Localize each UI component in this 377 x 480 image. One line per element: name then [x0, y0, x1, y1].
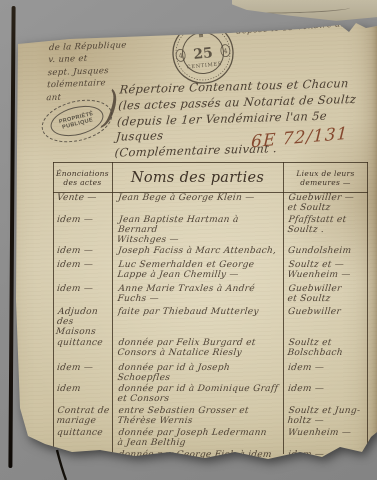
table-row: idem — Anne Marie Traxles à André Fuchs … [53, 283, 368, 306]
cell-lieux: Guebwiller — et Soultz [279, 192, 369, 213]
cell-acte: idem [52, 383, 111, 394]
table-row: quittance donnée par Joseph Ledermann à … [53, 427, 368, 449]
cell-lieux: idem — [280, 362, 369, 373]
cell-lieux: Guebwiller [280, 306, 369, 317]
table-row: idem — donnée par George Fieb à idem — i… [53, 449, 368, 470]
cell-acte: idem — [52, 470, 111, 480]
table-row: Vente — Jean Bege à George Klein — Guebw… [53, 192, 368, 214]
table-row: idem donnée par id à Dominique Graff et … [53, 383, 368, 405]
cell-parties: Luc Semerhalden et George Lappe à Jean C… [110, 259, 281, 280]
table-header: Énonciations des actes Noms des parties … [53, 163, 368, 192]
stamp-crown-icon: ♛ [197, 30, 206, 41]
cell-acte: idem — [52, 449, 111, 460]
cell-lieux: Wuenheim — [280, 427, 369, 438]
cell-lieux: Guebwiller et Soultz [279, 283, 369, 304]
stamp-value: 25 [193, 45, 214, 63]
table-row: idem — Joseph Faciss à Marc Attenbach, G… [53, 245, 368, 259]
cell-parties: Jean Baptiste Hartman à Bernard Witschge… [110, 214, 282, 245]
table-body: Vente — Jean Bege à George Klein — Guebw… [53, 192, 368, 480]
cell-parties: donnée par id à Joseph Schoepfles [110, 362, 281, 383]
table-row: Adjudon des Maisons faite par Thiebaud M… [53, 306, 368, 337]
table-row: idem — Luc Semerhalden et George Lappe à… [53, 259, 368, 283]
cell-acte: idem — [52, 245, 111, 256]
svg-text:4: 4 [178, 52, 183, 60]
paper-sheet: le 1er Vendémiaire de la République v. u… [0, 0, 377, 480]
cell-parties: donnée par Jean Fieb à idem [111, 470, 281, 480]
cell-parties: faite par Thiebaud Mutterley [111, 306, 281, 317]
document-page: le 1er Vendémiaire de la République v. u… [0, 0, 377, 480]
cell-lieux: idem — [280, 449, 369, 460]
cell-lieux: Gundolsheim [280, 245, 369, 256]
cell-acte: Vente — [52, 192, 111, 203]
document-title: Répertoire Contenant tous et Chacun (les… [114, 75, 376, 161]
header-parties: Noms des parties [112, 163, 283, 192]
cell-parties: Anne Marie Traxles à André Fuchs — [110, 283, 281, 304]
cell-lieux: idem [280, 470, 369, 480]
cell-acte: idem — [52, 283, 111, 294]
cell-parties: donnée par George Fieb à idem — [110, 449, 281, 470]
cell-acte: idem — [52, 362, 111, 373]
cell-lieux: Pfaffstatt et Soultz . [279, 214, 369, 235]
cell-acte: Adjudon des Maisons [51, 306, 113, 337]
cell-lieux: Soultz et Jung- holtz — [279, 405, 369, 426]
cell-acte: quittance [52, 427, 111, 438]
cell-parties: entre Sebastien Grosser et Thérèse Werni… [110, 405, 281, 426]
scan-background: le 1er Vendémiaire de la République v. u… [0, 0, 377, 480]
cell-lieux: Soultz et — Wuenheim — [279, 259, 369, 280]
header-lieux: Lieux de leurs demeures — [283, 163, 368, 192]
table-row: idem — donnée par Jean Fieb à idem idem [53, 470, 368, 480]
table-row: Contrat de mariage entre Sebastien Gross… [53, 405, 368, 427]
table-row: idem — donnée par id à Joseph Schoepfles… [53, 362, 368, 383]
cell-parties: donnée par id à Dominique Graff et Conso… [110, 383, 281, 404]
register-table: Énonciations des actes Noms des parties … [53, 162, 368, 454]
cell-parties: Jean Bege à George Klein — [111, 192, 281, 203]
svg-text:4: 4 [223, 47, 228, 55]
cell-acte: Contrat de mariage [52, 405, 112, 426]
cell-parties: donnée par Felix Burgard et Consors à Na… [110, 337, 281, 358]
cell-acte: idem — [52, 259, 111, 270]
table-row: idem — Jean Baptiste Hartman à Bernard W… [53, 214, 368, 245]
cell-acte: quittance [52, 337, 111, 348]
cell-acte: idem — [52, 214, 111, 225]
stamp-unit: CENTIMES [187, 61, 223, 71]
revenue-stamp-25-centimes: ♛ 4 4 25 CENTIMES [168, 18, 238, 88]
cell-parties: donnée par Joseph Ledermann à Jean Belth… [110, 427, 281, 448]
cell-lieux: Soultz et Bolschbach [279, 337, 369, 358]
cell-lieux: idem — [280, 383, 369, 394]
cell-parties: Joseph Faciss à Marc Attenbach, [111, 245, 281, 256]
table-row: quittance donnée par Felix Burgard et Co… [53, 337, 368, 362]
header-actes: Énonciations des actes [53, 163, 112, 192]
